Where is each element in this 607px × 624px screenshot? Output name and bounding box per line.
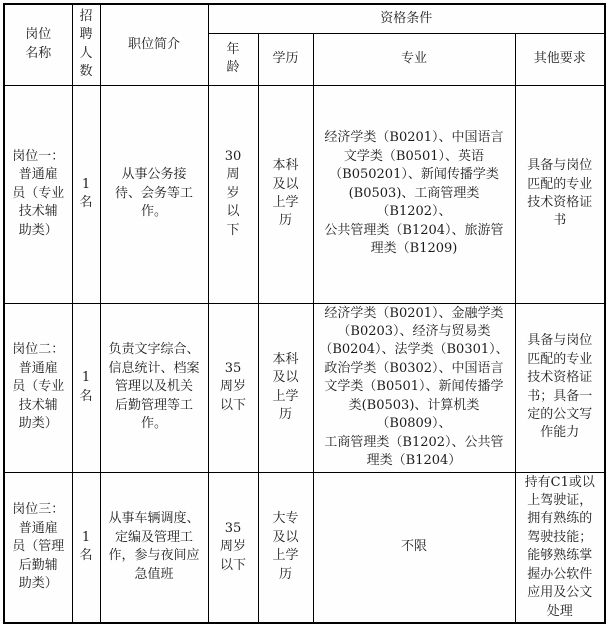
post1-major: 经济学类（B0201）、中国语言 文学类（B0501）、英语 （B050201）… <box>313 85 515 303</box>
header-qualifications: 资格条件 <box>208 4 605 33</box>
scanned-recruitment-page: 岗位 名称 招 聘 人 数 职位简介 资格条件 年 龄 学历 专业 其他要求 岗… <box>0 0 607 586</box>
post3-job-intro: 从事车辆调度、 定编及管理工 作，参与夜间应 急值班 <box>100 472 208 623</box>
table-row-post1: 岗位一： 普通雇 员（专业 技术辅 助类） 1 名 从事公务接 待、会务等工 作… <box>4 85 605 303</box>
post1-education: 本科 及以 上学 历 <box>258 85 313 303</box>
post2-major: 经济学类（B0201）、金融学类 （B0203）、经济与贸易类 （B0204）、… <box>313 303 515 472</box>
post2-position-name: 岗位二： 普通雇 员（专业 技术辅 助类） <box>4 303 72 472</box>
header-headcount: 招 聘 人 数 <box>72 4 100 85</box>
post1-position-name: 岗位一： 普通雇 员（专业 技术辅 助类） <box>4 85 72 303</box>
header-major: 专业 <box>313 33 515 85</box>
post3-other-requirements: 持有C1或以 上驾驶证， 拥有熟练的 驾驶技能； 能够熟练掌 握办公软件 应用及… <box>515 472 605 623</box>
post1-other-requirements: 具备与岗位 匹配的专业 技术资格证 书 <box>515 85 605 303</box>
post2-education: 本科 及以 上学 历 <box>258 303 313 472</box>
header-age: 年 龄 <box>208 33 258 85</box>
post2-job-intro: 负责文字综合、 信息统计、档案 管理以及机关 后勤管理等工 作。 <box>100 303 208 472</box>
post3-position-name: 岗位三： 普通雇 员（管理 后勤辅 助类） <box>4 472 72 623</box>
recruitment-table: 岗位 名称 招 聘 人 数 职位简介 资格条件 年 龄 学历 专业 其他要求 岗… <box>3 3 606 624</box>
post1-age: 30 周 岁 以 下 <box>208 85 258 303</box>
post1-job-intro: 从事公务接 待、会务等工 作。 <box>100 85 208 303</box>
header-education: 学历 <box>258 33 313 85</box>
post3-headcount: 1 名 <box>72 472 100 623</box>
post3-major: 不限 <box>313 472 515 623</box>
post3-age: 35 周岁 以下 <box>208 472 258 623</box>
header-other-requirements: 其他要求 <box>515 33 605 85</box>
post3-education: 大专 及以 上学 历 <box>258 472 313 623</box>
table-row-post2: 岗位二： 普通雇 员（专业 技术辅 助类） 1 名 负责文字综合、 信息统计、档… <box>4 303 605 472</box>
header-position-name: 岗位 名称 <box>4 4 72 85</box>
table-row-post3: 岗位三： 普通雇 员（管理 后勤辅 助类） 1 名 从事车辆调度、 定编及管理工… <box>4 472 605 623</box>
header-job-intro: 职位简介 <box>100 4 208 85</box>
post2-other-requirements: 具备与岗位 匹配的专业 技术资格证 书；具备一 定的公文写 作能力 <box>515 303 605 472</box>
header-row-top: 岗位 名称 招 聘 人 数 职位简介 资格条件 <box>4 4 605 33</box>
post2-age: 35 周岁 以下 <box>208 303 258 472</box>
post2-headcount: 1 名 <box>72 303 100 472</box>
post1-headcount: 1 名 <box>72 85 100 303</box>
